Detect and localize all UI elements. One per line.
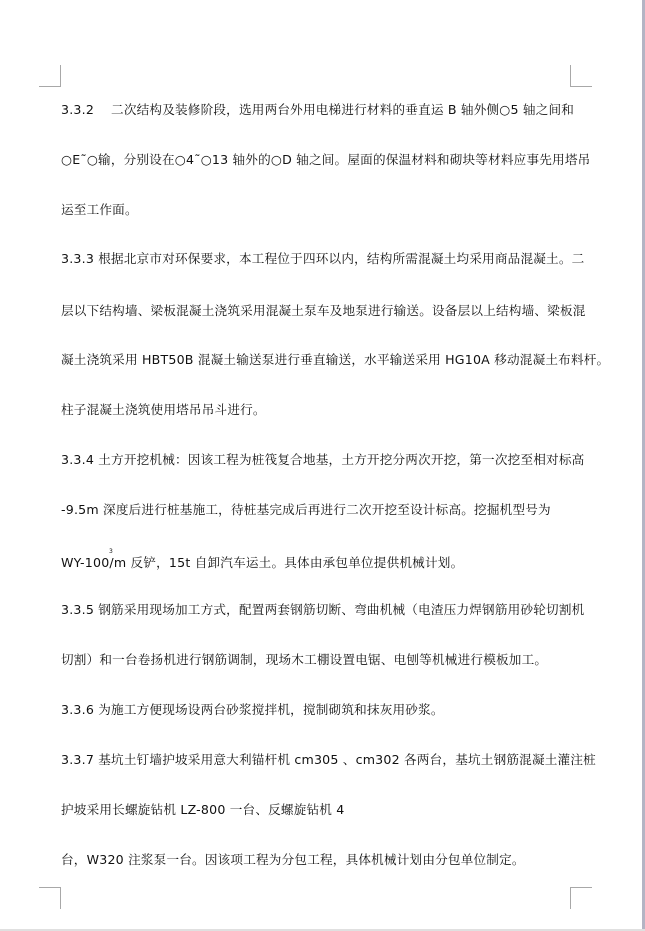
paragraph-line: 运至工作面。 xyxy=(61,202,138,218)
paragraph-line: 3.3.6 为施工方便现场设两台砂浆搅拌机，搅制砌筑和抹灰用砂浆。 xyxy=(61,702,444,718)
margin-corner-bottom-right xyxy=(570,887,592,909)
paragraph-line: 凝土浇筑采用 HBT50B 混凝土输送泵进行垂直输送，水平输送采用 HG10A … xyxy=(61,352,609,368)
paragraph-line: 柱子混凝土浇筑使用塔吊吊斗进行。 xyxy=(61,402,266,418)
paragraph-line: 切割）和一台卷扬机进行钢筋调制，现场木工棚设置电锯、电刨等机械进行模板加工。 xyxy=(61,652,547,668)
paragraph-line: 3.3.2 二次结构及装修阶段，选用两台外用电梯进行材料的垂直运 B 轴外侧○5… xyxy=(61,102,574,118)
paragraph-line: 3.3.3 根据北京市对环保要求，本工程位于四环以内，结构所需混凝土均采用商品混… xyxy=(61,251,584,267)
document-page: 3.3.2 二次结构及装修阶段，选用两台外用电梯进行材料的垂直运 B 轴外侧○5… xyxy=(0,0,642,929)
paragraph-line: -9.5m 深度后进行桩基施工，待桩基完成后再进行二次开挖至设计标高。挖掘机型号… xyxy=(61,502,551,518)
paragraph-line: WY-100/m 反铲，15t 自卸汽车运土。具体由承包单位提供机械计划。 xyxy=(61,555,463,571)
paragraph-line: 层以下结构墙、梁板混凝土浇筑采用混凝土泵车及地泵进行输送。设备层以上结构墙、梁板… xyxy=(61,303,586,319)
margin-corner-top-left xyxy=(39,65,61,87)
paragraph-line: ○E˜○输，分别设在○4˜○13 轴外的○D 轴之间。屋面的保温材料和砌块等材料… xyxy=(61,152,590,168)
paragraph-line: 护坡采用长螺旋钻机 LZ-800 一台、反螺旋钻机 4 xyxy=(61,802,345,818)
margin-corner-top-right xyxy=(570,65,592,87)
paragraph-line: 3.3.5 钢筋采用现场加工方式，配置两套钢筋切断、弯曲机械（电渣压力焊钢筋用砂… xyxy=(61,602,584,618)
superscript-cubed: 3 xyxy=(109,548,113,555)
margin-corner-bottom-left xyxy=(39,887,61,909)
paragraph-line: 台，W320 注浆泵一台。因该项工程为分包工程，具体机械计划由分包单位制定。 xyxy=(61,852,525,868)
paragraph-line: 3.3.7 基坑土钉墙护坡采用意大利锚杆机 cm305 、cm302 各两台，基… xyxy=(61,752,596,768)
paragraph-line: 3.3.4 土方开挖机械：因该工程为桩筏复合地基，土方开挖分两次开挖，第一次挖至… xyxy=(61,452,584,468)
